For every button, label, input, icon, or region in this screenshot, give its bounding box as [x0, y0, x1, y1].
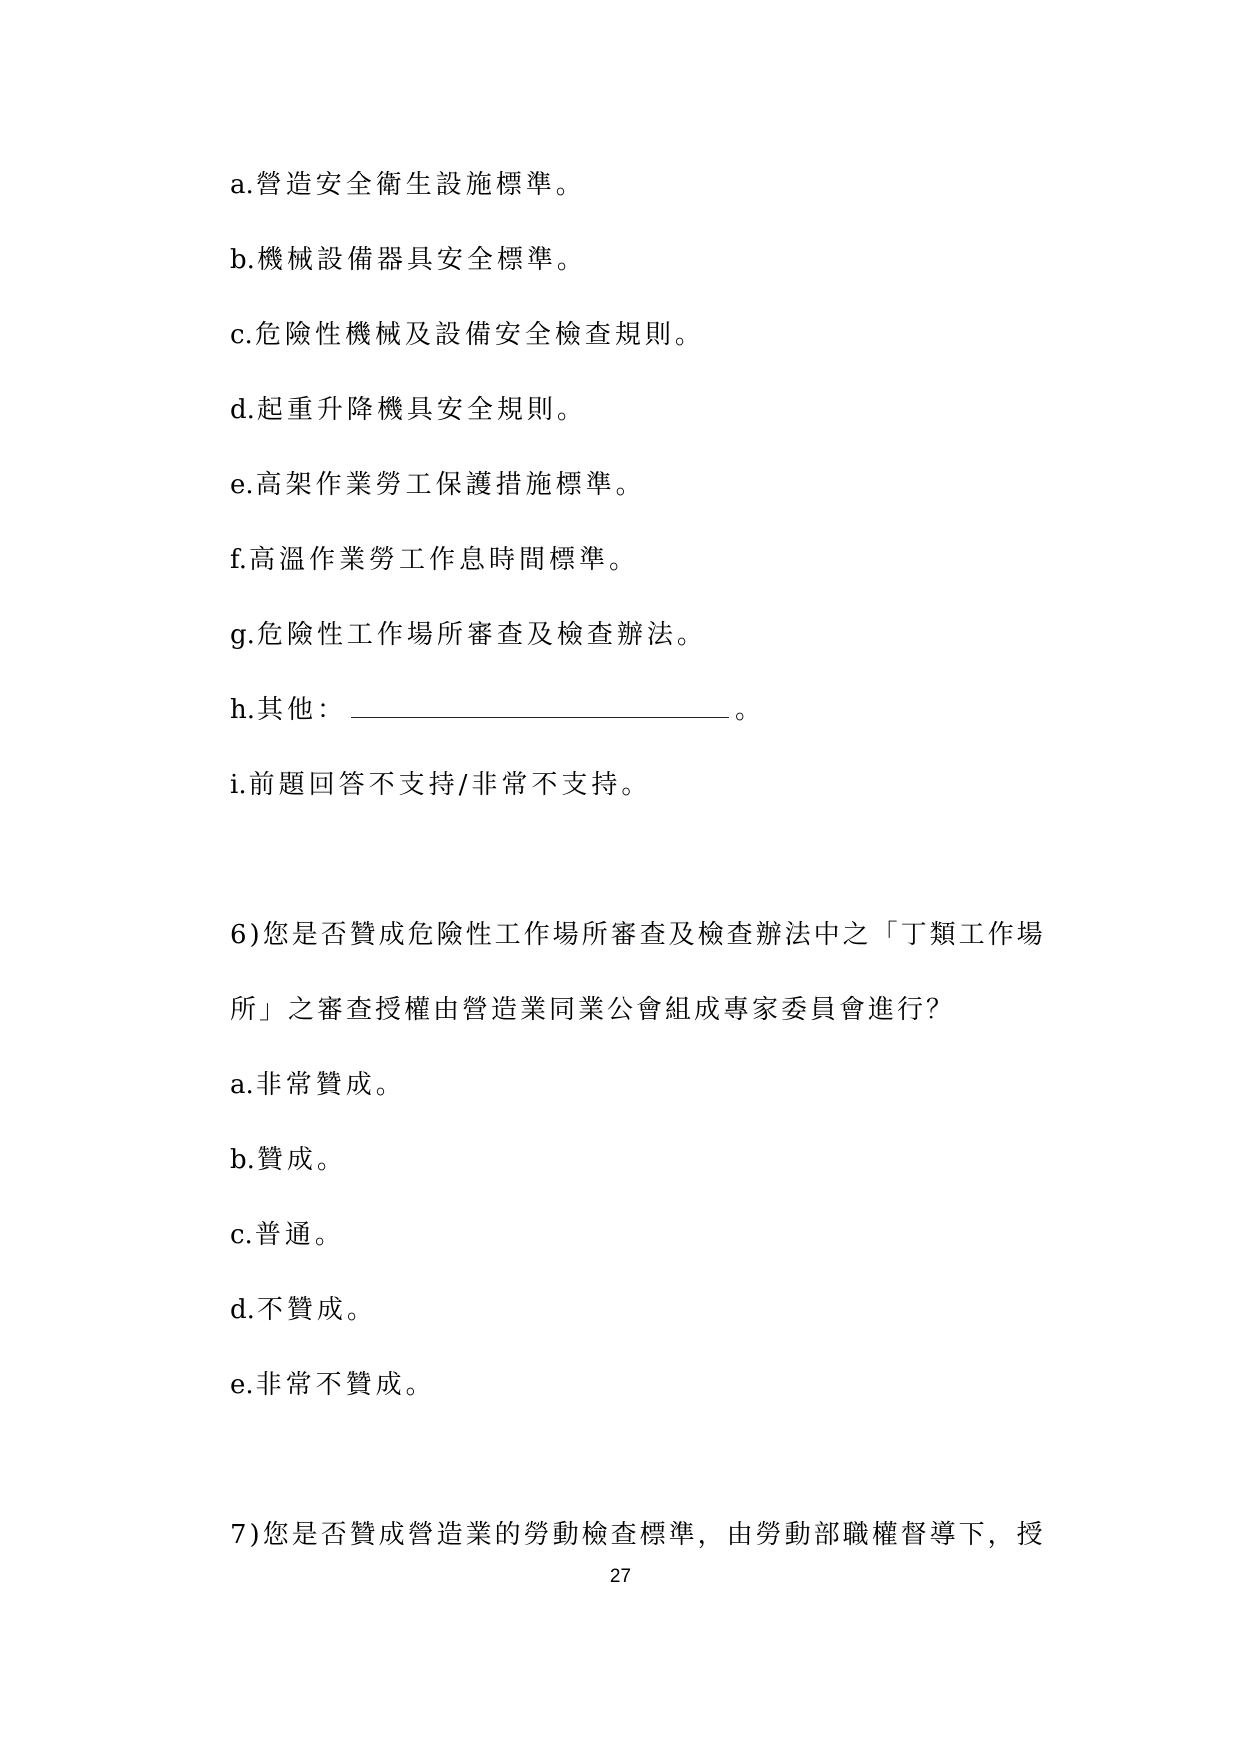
option-marker: b. [230, 245, 255, 275]
option-marker: g. [230, 620, 255, 650]
q7-question-line-1: 7)您是否贊成營造業的勞動檢查標準，由勞動部職權督導下，授 [230, 1518, 1046, 1552]
option-marker: a. [230, 1070, 254, 1100]
q6-option-e: e.非常不贊成。 [230, 1368, 436, 1402]
option-marker: c. [230, 320, 253, 350]
option-marker: h. [230, 695, 255, 725]
q5-option-b: b.機械設備器具安全標準。 [230, 243, 587, 277]
q6-option-d: d.不贊成。 [230, 1293, 377, 1327]
q5-option-i: i.前題回答不支持/非常不支持。 [230, 768, 651, 802]
option-marker: i. [230, 770, 247, 800]
option-text: 非常不贊成。 [256, 1370, 436, 1400]
q6-question-line-1: 6)您是否贊成危險性工作場所審查及檢查辦法中之「丁類工作場 [230, 918, 1046, 952]
option-text: 高架作業勞工保護措施標準。 [256, 470, 646, 500]
option-marker: b. [230, 1145, 255, 1175]
option-marker: a. [230, 170, 254, 200]
q6-option-b: b.贊成。 [230, 1143, 347, 1177]
option-text: 危險性工作場所審查及檢查辦法。 [257, 620, 707, 650]
option-marker: e. [230, 470, 254, 500]
option-text: 不贊成。 [257, 1295, 377, 1325]
page-number: 27 [0, 1566, 1241, 1588]
option-text: 普通。 [255, 1220, 345, 1250]
option-text: 前題回答不支持/非常不支持。 [249, 770, 652, 800]
q6-option-c: c.普通。 [230, 1218, 345, 1252]
option-marker: c. [230, 1220, 253, 1250]
option-marker: f. [230, 545, 247, 575]
option-text: 危險性機械及設備安全檢查規則。 [255, 320, 705, 350]
option-marker: d. [230, 395, 255, 425]
q5-option-g: g.危險性工作場所審查及檢查辦法。 [230, 618, 707, 652]
option-text: 高溫作業勞工作息時間標準。 [249, 545, 639, 575]
q5-option-c: c.危險性機械及設備安全檢查規則。 [230, 318, 705, 352]
option-text: 起重升降機具安全規則。 [257, 395, 587, 425]
option-text: 非常贊成。 [256, 1070, 406, 1100]
document-page: a.營造安全衛生設施標準。 b.機械設備器具安全標準。 c.危險性機械及設備安全… [0, 0, 1241, 1755]
option-suffix: 。 [735, 695, 765, 725]
q5-option-f: f.高溫作業勞工作息時間標準。 [230, 543, 639, 577]
option-text: 贊成。 [257, 1145, 347, 1175]
q5-option-e: e.高架作業勞工保護措施標準。 [230, 468, 646, 502]
option-text: 機械設備器具安全標準。 [257, 245, 587, 275]
q5-option-a: a.營造安全衛生設施標準。 [230, 168, 586, 202]
q5-option-d: d.起重升降機具安全規則。 [230, 393, 587, 427]
option-marker: e. [230, 1370, 254, 1400]
option-text: 營造安全衛生設施標準。 [256, 170, 586, 200]
q5-option-h: h.其他：。 [230, 693, 765, 727]
q6-option-a: a.非常贊成。 [230, 1068, 406, 1102]
q6-question-line-2: 所」之審查授權由營造業同業公會組成專家委員會進行？ [230, 993, 955, 1027]
option-text: 其他： [257, 695, 347, 725]
option-marker: d. [230, 1295, 255, 1325]
other-fill-in-blank[interactable] [351, 695, 729, 718]
